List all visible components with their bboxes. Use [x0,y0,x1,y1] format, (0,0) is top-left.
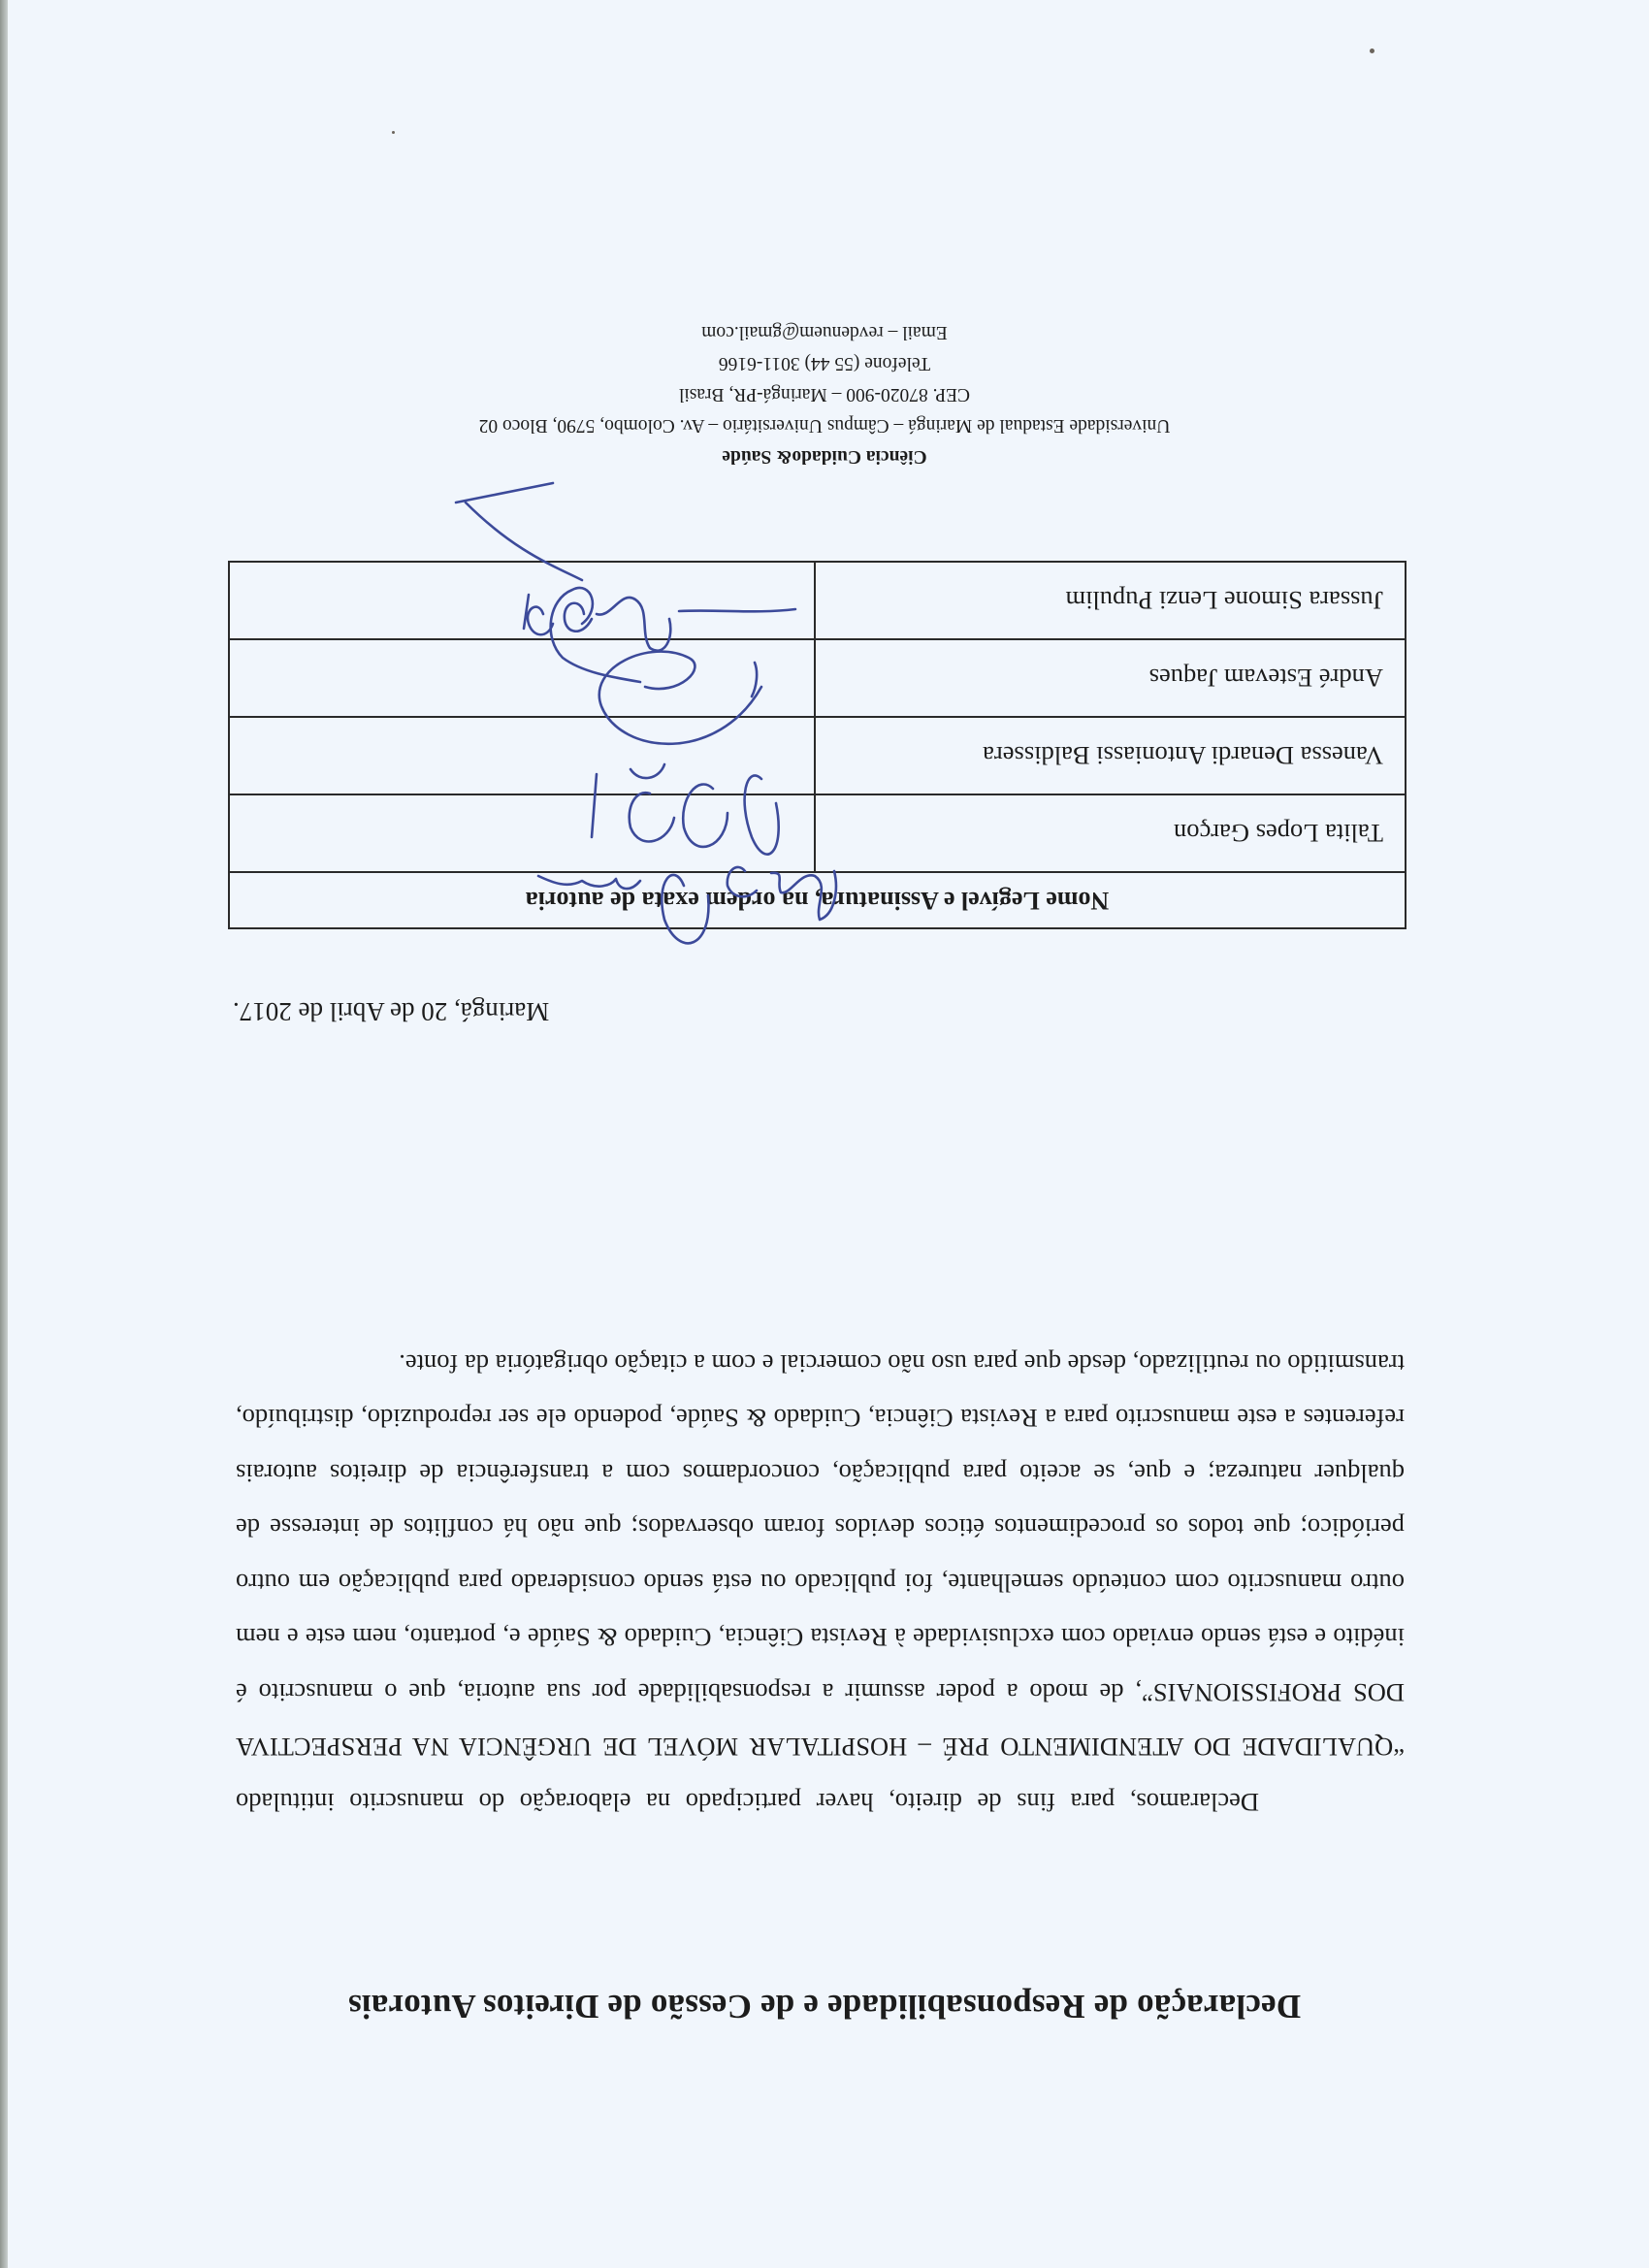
journal-name: Ciência Cuidado& Saúde [0,440,1649,471]
authors-signature-table: Nome Legível e Assinatura, na ordem exat… [228,561,1406,929]
author-name: Jussara Simone Lenzi Pupulim [815,562,1406,639]
table-header: Nome Legível e Assinatura, na ordem exat… [229,872,1406,928]
declaration-paragraph: Declaramos, para fins de direito, haver … [236,1337,1405,1831]
scanned-page: Declaração de Responsabilidade e de Cess… [0,0,1649,2268]
paper-speck [1370,49,1374,53]
table-row: Vanessa Denardi Antoniassi Baldissera [229,717,1406,794]
table-row: Jussara Simone Lenzi Pupulim [229,562,1406,639]
author-name: André Estevam Jaques [815,639,1406,717]
journal-address: Universidade Estadual de Maringá – Câmpu… [0,409,1649,440]
journal-email: Email – revdenuem@gmail.com [0,316,1649,347]
journal-footer: Ciência Cuidado& Saúde Universidade Esta… [0,316,1649,471]
signature-cell [229,717,815,794]
table-row: Talita Lopes Garçon [229,794,1406,872]
signature-cell [229,794,815,872]
date-line: Maringá, 20 de Abril de 2017. [233,996,549,1026]
paper-speck [392,131,395,134]
signature-cell [229,639,815,717]
table-row: André Estevam Jaques [229,639,1406,717]
author-name: Talita Lopes Garçon [815,794,1406,872]
table-header-row: Nome Legível e Assinatura, na ordem exat… [229,872,1406,928]
author-name: Vanessa Denardi Antoniassi Baldissera [815,717,1406,794]
document-title: Declaração de Responsabilidade e de Cess… [0,1987,1649,2025]
journal-phone: Telefone (55 44) 3011-6166 [0,347,1649,378]
signature-cell [229,562,815,639]
journal-cep: CEP. 87020-900 – Maringá-PR, Brasil [0,378,1649,409]
